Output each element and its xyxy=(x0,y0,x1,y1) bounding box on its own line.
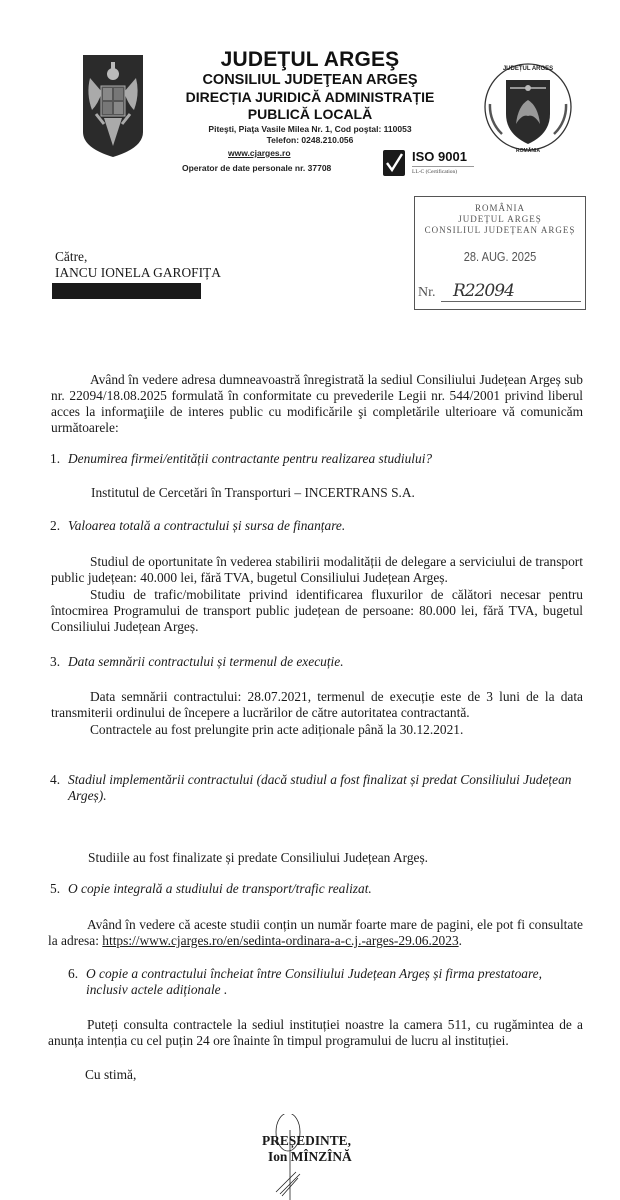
postal-address: Piteşti, Piaţa Vasile Milea Nr. 1, Cod p… xyxy=(150,124,470,134)
seal-top-text: JUDEȚUL ARGEȘ xyxy=(503,66,553,72)
arges-county-seal-icon: JUDEȚUL ARGEȘ ROMÂNIA xyxy=(482,52,574,167)
stamp-date: 28. AUG. 2025 xyxy=(428,249,573,264)
registration-stamp: ROMÂNIA JUDEȚUL ARGEȘ CONSILIUL JUDEȚEAN… xyxy=(414,196,586,310)
question-text: Stadiul implementării contractului (dacă… xyxy=(68,772,572,803)
directorate-line-2: PUBLICĂ LOCALĂ xyxy=(150,106,470,122)
question-2: 2. Valoarea totală a contractului și sur… xyxy=(68,518,583,534)
studies-link[interactable]: https://www.cjarges.ro/en/sedinta-ordina… xyxy=(102,933,458,948)
stamp-nr-label: Nr. xyxy=(418,285,436,301)
intro-paragraph: Având în vedere adresa dumneavoastră înr… xyxy=(51,372,583,436)
website-link[interactable]: www.cjarges.ro xyxy=(228,148,291,158)
signatory-name: Ion MÎNZÎNĂ xyxy=(268,1149,352,1165)
iso-title: ISO 9001 xyxy=(412,149,467,164)
stamp-nr-value: R22094 xyxy=(453,281,514,301)
closing-salutation: Cu stimă, xyxy=(85,1067,136,1083)
signatory-title: PREȘEDINTE, xyxy=(262,1133,351,1149)
answer-5-suffix: . xyxy=(459,933,462,948)
answer-6: Puteți consulta contractele la sediul in… xyxy=(48,1017,583,1049)
redacted-block xyxy=(52,283,201,299)
answer-2a: Studiul de oportunitate în vederea stabi… xyxy=(51,554,583,586)
question-4: 4. Stadiul implementării contractului (d… xyxy=(68,772,583,804)
council-name: CONSILIUL JUDEŢEAN ARGEŞ xyxy=(150,72,470,88)
answer-3b: Contractele au fost prelungite prin acte… xyxy=(51,722,583,738)
question-3: 3. Data semnării contractului și termenu… xyxy=(68,654,583,670)
question-text: Denumirea firmei/entității contractante … xyxy=(68,451,432,466)
iso-check-icon xyxy=(383,150,405,176)
data-operator-number: Operator de date personale nr. 37708 xyxy=(182,163,331,173)
question-5: 5. O copie integrală a studiului de tran… xyxy=(68,881,583,897)
phone-number: Telefon: 0248.210.056 xyxy=(150,135,470,145)
question-text: O copie a contractului încheiat între Co… xyxy=(86,966,542,997)
question-1: 1. Denumirea firmei/entității contractan… xyxy=(68,451,583,467)
question-text: O copie integrală a studiului de transpo… xyxy=(68,881,372,896)
iso-divider xyxy=(412,166,474,167)
question-text: Data semnării contractului și termenul d… xyxy=(68,654,344,669)
question-number: 5. xyxy=(50,881,60,897)
stamp-country: ROMÂNIA xyxy=(415,203,585,213)
romania-coat-of-arms-icon xyxy=(82,54,144,163)
seal-bottom-text: ROMÂNIA xyxy=(516,147,540,154)
stamp-council: CONSILIUL JUDEȚEAN ARGEȘ xyxy=(415,225,585,235)
question-number: 3. xyxy=(50,654,60,670)
answer-4: Studiile au fost finalizate și predate C… xyxy=(88,850,428,866)
question-number: 2. xyxy=(50,518,60,534)
question-number: 4. xyxy=(50,772,60,788)
question-number: 1. xyxy=(50,451,60,467)
answer-1: Institutul de Cercetări în Transporturi … xyxy=(91,485,415,501)
directorate-line-1: DIRECȚIA JURIDICĂ ADMINISTRAȚIE xyxy=(150,89,470,105)
answer-2b: Studiu de trafic/mobilitate privind iden… xyxy=(51,587,583,635)
question-text: Valoarea totală a contractului și sursa … xyxy=(68,518,345,533)
iso-subtitle: LL-C (Certification) xyxy=(412,169,457,175)
question-6: 6. O copie a contractului încheiat între… xyxy=(86,966,583,998)
to-label: Către, xyxy=(55,249,87,265)
answer-5: Având în vedere că aceste studii conțin … xyxy=(48,917,583,949)
county-title: JUDEŢUL ARGEŞ xyxy=(150,48,470,72)
answer-3a: Data semnării contractului: 28.07.2021, … xyxy=(51,689,583,721)
stamp-nr-underline xyxy=(441,301,581,302)
stamp-county: JUDEȚUL ARGEȘ xyxy=(415,214,585,224)
recipient-name: IANCU IONELA GAROFIȚA xyxy=(55,265,221,281)
question-number: 6. xyxy=(68,966,78,982)
